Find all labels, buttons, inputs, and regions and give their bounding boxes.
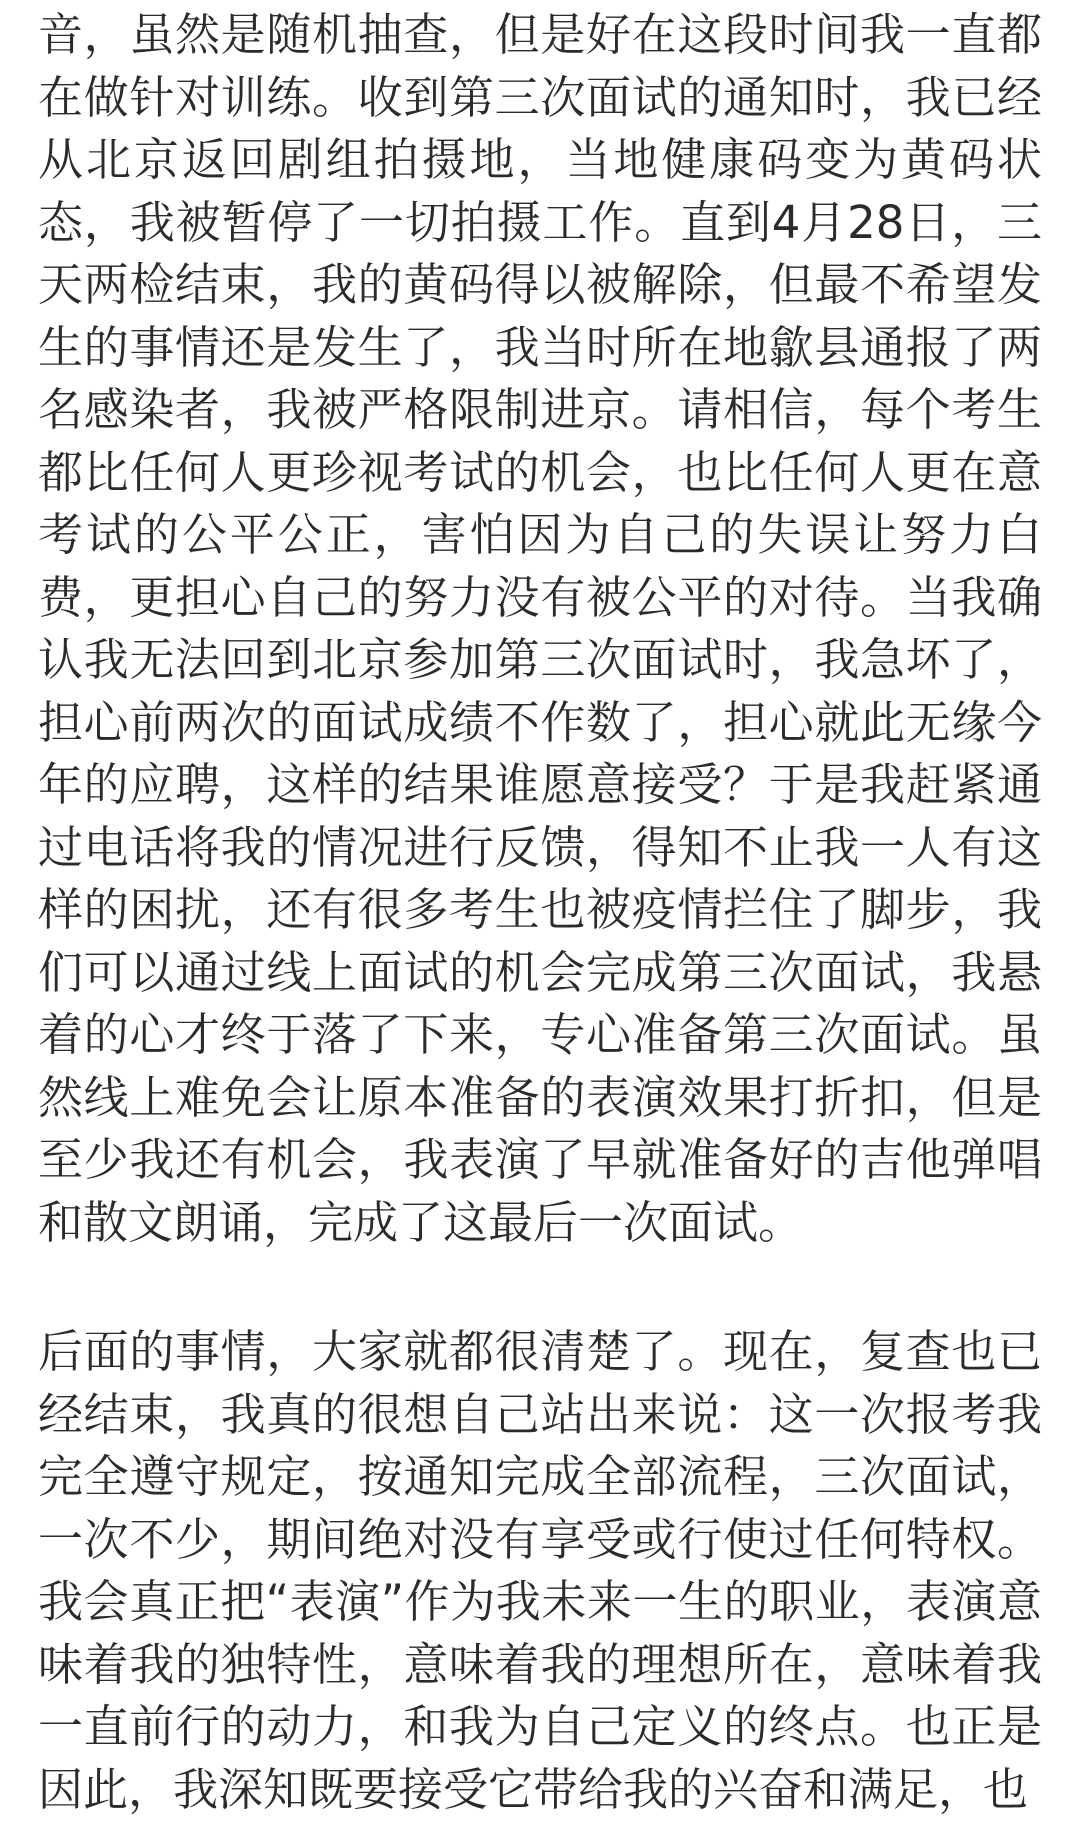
text-line: 态，我被暂停了一切拍摄工作。直到4月28日，三 [38, 192, 1042, 255]
text-line: 年的应聘，这样的结果谁愿意接受？于是我赶紧通 [38, 754, 1042, 817]
text-line: 经结束，我真的很想自己站出来说：这一次报考我 [38, 1384, 1042, 1447]
text-line: 样的困扰，还有很多考生也被疫情拦住了脚步，我 [38, 879, 1042, 942]
text-line: 我会真正把“表演”作为我未来一生的职业，表演意 [38, 1571, 1042, 1634]
text-line: 考试的公平公正，害怕因为自己的失误让努力白 [38, 504, 1042, 567]
text-line: 至少我还有机会，我表演了早就准备好的吉他弹唱 [38, 1129, 1042, 1192]
text-line: 生的事情还是发生了，我当时所在地歙县通报了两 [38, 317, 1042, 380]
text-line: 担心前两次的面试成绩不作数了，担心就此无缘今 [38, 692, 1042, 755]
text-line: 过电话将我的情况进行反馈，得知不止我一人有这 [38, 817, 1042, 880]
text-line: 完全遵守规定，按通知完成全部流程，三次面试， [38, 1446, 1042, 1509]
text-line: 都比任何人更珍视考试的机会，也比任何人更在意 [38, 442, 1042, 505]
text-line: 认我无法回到北京参加第三次面试时，我急坏了， [38, 629, 1042, 692]
text-line: 从北京返回剧组拍摄地，当地健康码变为黄码状 [38, 129, 1042, 192]
text-line: 音，虽然是随机抽查，但是好在这段时间我一直都 [38, 4, 1042, 67]
text-line: 一直前行的动力，和我为自己定义的终点。也正是 [38, 1696, 1042, 1759]
text-line: 费，更担心自己的努力没有被公平的对待。当我确 [38, 567, 1042, 630]
article-text: 音，虽然是随机抽查，但是好在这段时间我一直都在做针对训练。收到第三次面试的通知时… [0, 0, 1080, 1821]
text-line: 味着我的独特性，意味着我的理想所在，意味着我 [38, 1634, 1042, 1697]
text-line: 然线上难免会让原本准备的表演效果打折扣，但是 [38, 1067, 1042, 1130]
paragraph: 音，虽然是随机抽查，但是好在这段时间我一直都在做针对训练。收到第三次面试的通知时… [38, 4, 1042, 1254]
text-line: 在做针对训练。收到第三次面试的通知时，我已经 [38, 67, 1042, 130]
text-line: 们可以通过线上面试的机会完成第三次面试，我悬 [38, 942, 1042, 1005]
text-line: 后面的事情，大家就都很清楚了。现在，复查也已 [38, 1321, 1042, 1384]
text-line: 一次不少，期间绝对没有享受或行使过任何特权。 [38, 1509, 1042, 1572]
text-line: 因此，我深知既要接受它带给我的兴奋和满足，也 [38, 1759, 1042, 1822]
text-line: 天两检结束，我的黄码得以被解除，但最不希望发 [38, 254, 1042, 317]
text-line: 名感染者，我被严格限制进京。请相信，每个考生 [38, 379, 1042, 442]
text-line: 着的心才终于落了下来，专心准备第三次面试。虽 [38, 1004, 1042, 1067]
text-line: 和散文朗诵，完成了这最后一次面试。 [38, 1192, 1042, 1255]
paragraph: 后面的事情，大家就都很清楚了。现在，复查也已经结束，我真的很想自己站出来说：这一… [38, 1321, 1042, 1821]
